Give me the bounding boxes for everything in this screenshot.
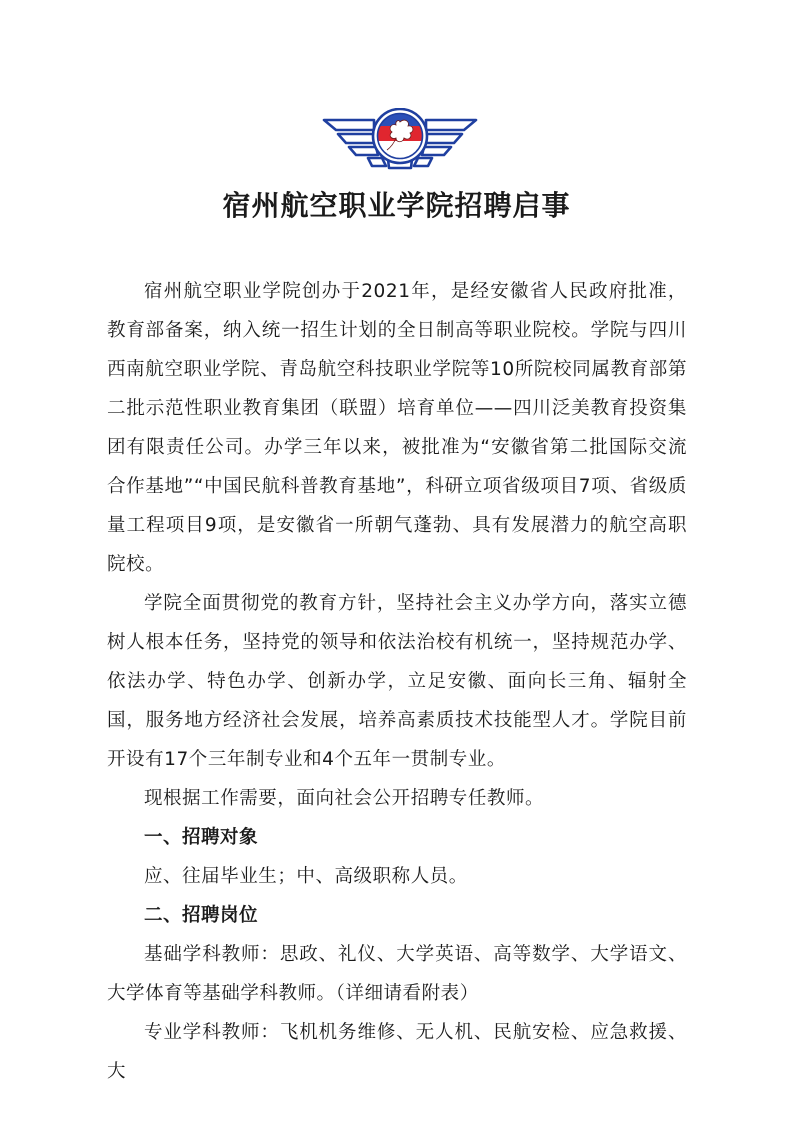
recruitment-notice: 现根据工作需要，面向社会公开招聘专任教师。 (107, 779, 687, 818)
document-title: 宿州航空职业学院招聘启事 (0, 184, 793, 224)
document-body: 宿州航空职业学院创办于2021年，是经安徽省人民政府批准，教育部备案，纳入统一招… (107, 272, 687, 1091)
section-heading-positions: 二、招聘岗位 (107, 896, 687, 935)
section-content-targets: 应、往届毕业生；中、高级职称人员。 (107, 857, 687, 896)
mission-paragraph: 学院全面贯彻党的教育方针，坚持社会主义办学方向，落实立德树人根本任务，坚持党的领… (107, 584, 687, 779)
position-basic-teachers: 基础学科教师：思政、礼仪、大学英语、高等数学、大学语文、大学体育等基础学科教师。… (107, 935, 687, 1013)
position-professional-teachers: 专业学科教师：飞机机务维修、无人机、民航安检、应急救援、大 (107, 1013, 687, 1091)
section-heading-targets: 一、招聘对象 (107, 818, 687, 857)
intro-paragraph: 宿州航空职业学院创办于2021年，是经安徽省人民政府批准，教育部备案，纳入统一招… (107, 272, 687, 584)
college-emblem-icon (316, 108, 484, 170)
